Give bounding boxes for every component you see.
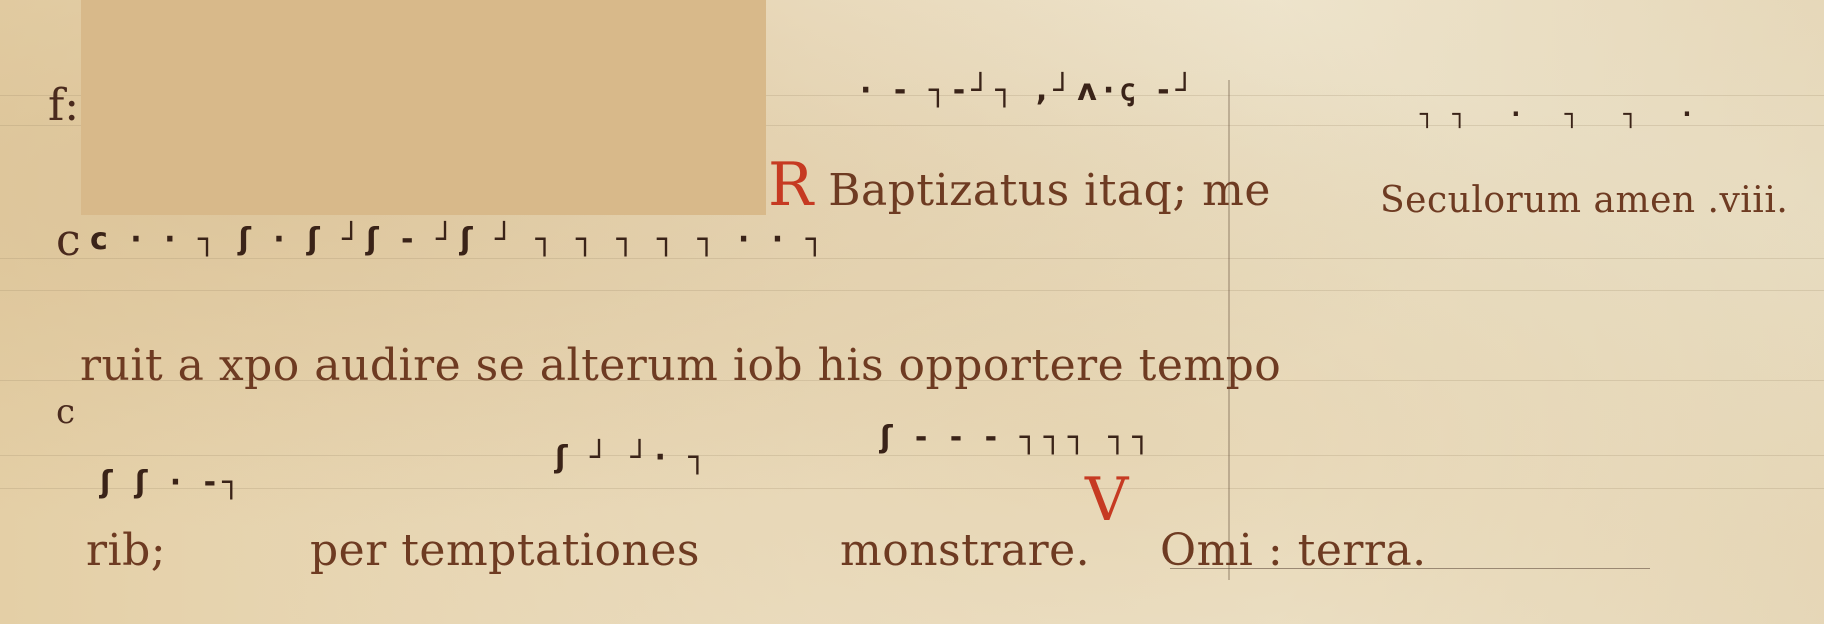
neume-row: ʃ - - - ┐┐┐ ┐┐ [880,420,1156,455]
redacted-region [81,0,766,215]
clef-f: f: [48,80,79,131]
ruling-line [0,488,1824,489]
doxology-text: Seculorum amen .viii. [1380,180,1788,221]
rubric-initial: R [768,150,814,220]
text-fragment: per temptationes [310,525,700,576]
ruling-line [0,290,1824,291]
neume-row: ʃ ┘ ┘· ┐ [555,440,712,475]
rubric-verse-sign: V [1085,465,1129,535]
text-fragment: Omi : terra. [1160,525,1427,576]
neume-row: ʃ ʃ · -┐ [100,465,246,500]
text-fragment: monstrare. [840,525,1090,576]
neume-row: ┐┐ · ┐ ┐ · [1420,100,1709,128]
text-line-1: R Baptizatus itaq; me [768,150,1271,220]
text-fragment: rib; [86,525,166,576]
neume-row: · - ┐-┘┐ ,┘ʌ·ꞔ -┘ [860,68,1200,109]
neume-row: c · · ┐ ʃ · ʃ ┘ʃ - ┘ʃ ┘ ┐ ┐ ┐ ┐ ┐ · · ┐ [90,222,830,257]
clef-c: c [56,215,81,266]
chant-text: Baptizatus itaq; me [828,165,1271,216]
text-line-2: ruit a xpo audire se alterum iob his opp… [80,340,1281,391]
ruling-line [0,258,1824,259]
clef-c: c [56,392,75,432]
ruling-line [0,455,1824,456]
